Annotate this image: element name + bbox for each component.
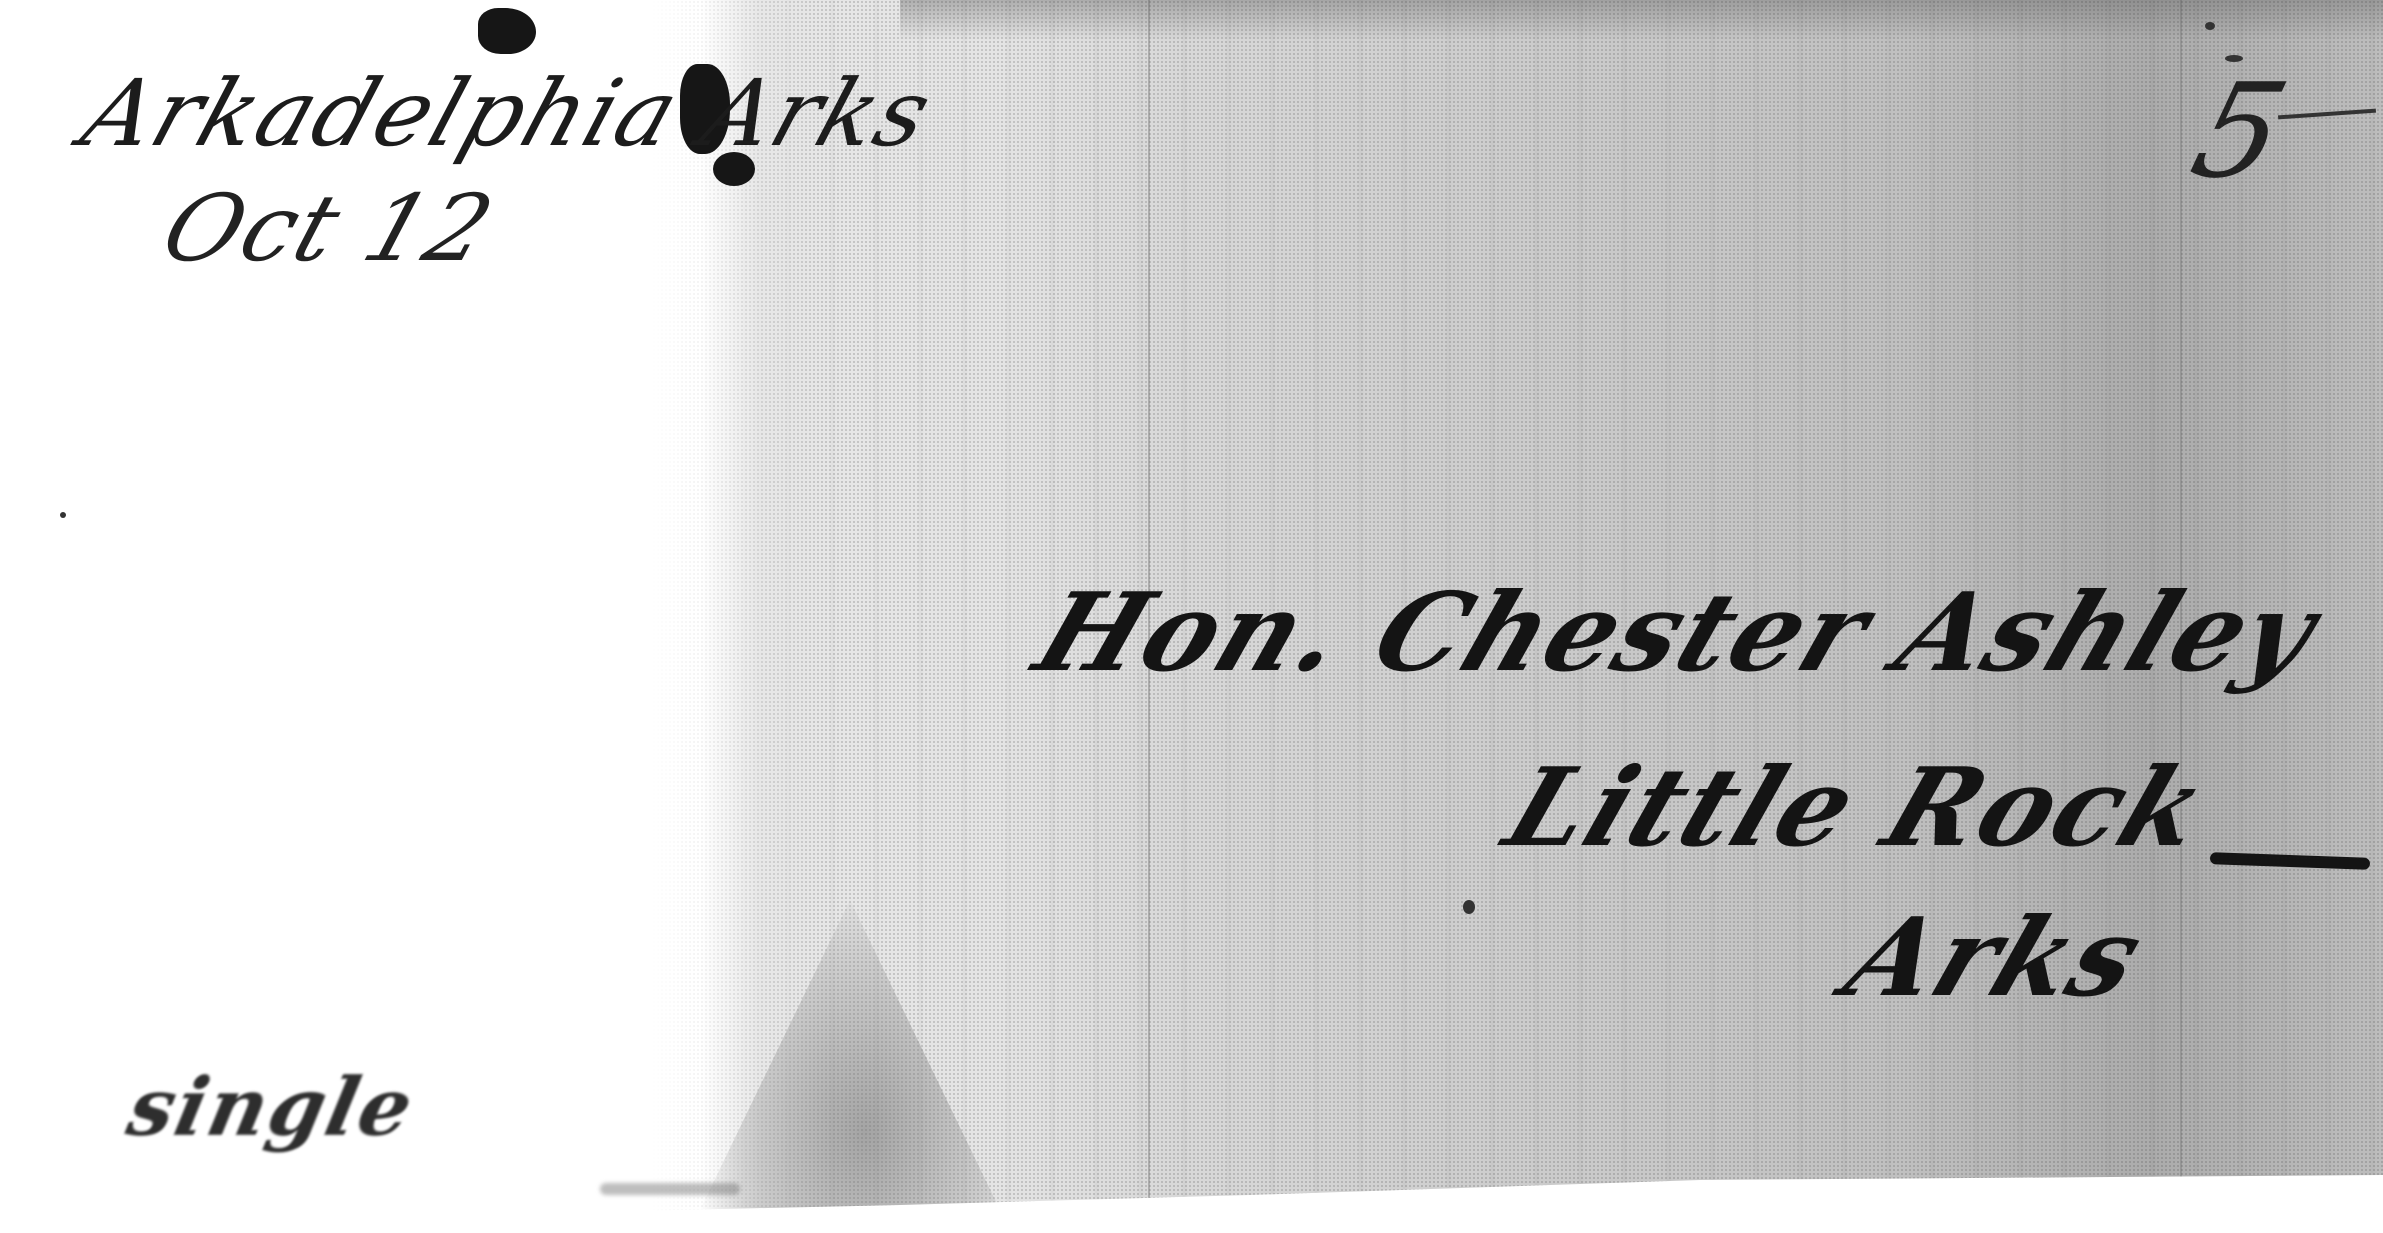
ink-blot [478,8,536,54]
ink-speck [60,512,66,518]
ink-speck [1463,900,1475,914]
letter-cover: Arkadelphia Arks Oct 12 5 Hon. Chester A… [0,0,2383,1233]
postmark-city: Arkadelphia Arks [70,60,946,167]
addressee-name: Hon. Chester Ashley [1020,570,2334,696]
ink-speck [2205,22,2215,30]
address-city: Little Rock [1490,745,2224,871]
address-state: Arks [1830,895,2160,1021]
postmark-date: Oct 12 [150,175,507,282]
rate-endorsement: single [120,1060,423,1154]
ink-smudge-tail [600,1183,740,1195]
